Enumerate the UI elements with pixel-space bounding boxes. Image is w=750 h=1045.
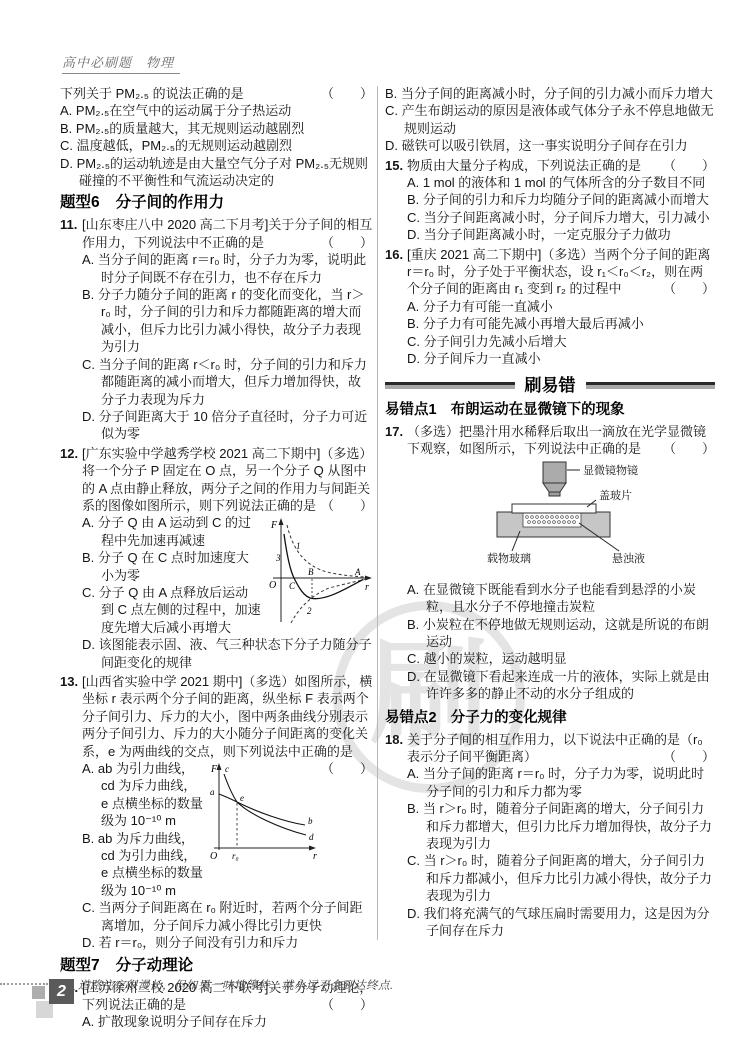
section-label: 题型7: [60, 957, 100, 974]
question-12: 12. [广东实验中学越秀学校 2021 高二下期中]（多选）将一个分子 P 固…: [60, 445, 373, 671]
option-b: B. 当 r＞r₀ 时，随着分子间距离的增大，分子间引力和斥力都增大，但引力比斥…: [407, 800, 715, 852]
point-b-label: B: [308, 567, 314, 577]
question-pm25: （ ） 下列关于 PM₂.₅ 的说法正确的是 A. PM₂.₅在空气中的运动属于…: [60, 85, 373, 189]
option-a: A. 当分子间的距离 r＝r₀ 时，分子力为零，说明此时分子间的引力和斥力都为零: [407, 765, 715, 800]
question-18: 18. 关于分子间的相互作用力，以下说法中正确的是（r₀ 表示分子间平衡距离）（…: [385, 731, 715, 940]
banner-error-prone: 刷易错: [385, 377, 715, 395]
y-axis-label: F: [210, 764, 218, 775]
section-header-7: 题型7分子动理论: [60, 956, 373, 976]
answer-paren: （ ）: [663, 157, 715, 174]
answer-paren: （ ）: [663, 280, 715, 297]
y-axis-label: F: [270, 520, 278, 531]
suspension-label: 悬浊液: [612, 551, 645, 565]
question-stem: 关于分子间的相互作用力，以下说法中正确的是（r₀ 表示分子间平衡距离）（ ）: [407, 731, 715, 766]
objective-label: 显微镜物镜: [583, 463, 638, 477]
cover-glass-label: 盖玻片: [599, 488, 632, 502]
microscope-diagram: 显微镜物镜 盖玻片 载物玻璃 悬浊液: [479, 459, 729, 573]
option-d: D. 分子间斥力一直减小: [407, 350, 715, 367]
question-11: 11. [山东枣庄八中 2020 高二下月考]关于分子间的相互作用力，下列说法中…: [60, 216, 373, 442]
option-b: B. 分子力随分子间的距离 r 的变化而变化，当 r＞r₀ 时，分子间的引力和斥…: [82, 286, 373, 356]
point-a-label: A: [354, 567, 361, 577]
question-number: 18.: [385, 731, 403, 748]
option-c: C. 产生布朗运动的原因是液体或气体分子永不停息地做无规则运动: [385, 102, 715, 137]
option-a: A. PM₂.₅在空气中的运动属于分子热运动: [60, 102, 373, 119]
question-number: 12.: [60, 445, 78, 462]
option-c: C. 越小的炭粒，运动越明显: [407, 650, 715, 667]
banner-bar-left: [385, 382, 515, 389]
option-c: C. 分子间引力先减小后增大: [407, 333, 715, 350]
question-number: 13.: [60, 673, 78, 690]
section-title: 分子动理论: [116, 957, 194, 974]
section-title: 分子间的作用力: [116, 194, 225, 211]
question-stem: [广东实验中学越秀学校 2021 高二下期中]（多选）将一个分子 P 固定在 O…: [82, 445, 373, 515]
option-b: B. 分子力有可能先减小再增大最后再减小: [407, 315, 715, 332]
footer: 2 道路注定很漫长，但如果一味地等待，就永远不会到达终点.: [0, 974, 750, 1034]
footer-decor-square: [32, 986, 45, 999]
option-a: A. 分子力有可能一直减小: [407, 298, 715, 315]
answer-paren: （ ）: [663, 440, 715, 457]
question-stem: [重庆 2021 高二下期中]（多选）当两个分子间的距离 r＝r₀ 时，分子处于…: [407, 246, 715, 298]
question-17: 17. （多选）把墨汁用水稀释后取出一滴放在光学显微镜下观察，如图所示，下列说法…: [385, 423, 715, 703]
option-c: C. 当分子间距离减小时，分子间斥力增大，引力减小: [407, 209, 715, 226]
force-distance-graph-q13: F r O r₀ a b c d e: [209, 762, 321, 866]
question-number: 11.: [60, 216, 77, 233]
section-header-6: 题型6分子间的作用力: [60, 193, 373, 213]
option-d: D. 我们将充满气的气球压扁时需要用力，这是因为分子间存在斥力: [407, 905, 715, 940]
question-number: 17.: [385, 423, 403, 440]
mistake-point-2-header: 易错点2分子力的变化规律: [385, 709, 715, 728]
answer-paren: （ ）: [321, 85, 373, 102]
question-13: 13. [山西省实验中学 2021 期中]（多选）如图所示，横坐标 r 表示两个…: [60, 673, 373, 952]
point-c-label: c: [225, 764, 229, 774]
curve1-label: 1: [296, 541, 301, 551]
banner-title: 刷易错: [525, 377, 576, 395]
answer-paren: （ ）: [663, 748, 715, 765]
option-c: C. 温度越低，PM₂.₅的无规则运动越剧烈: [60, 137, 373, 154]
question-stem: （多选）把墨汁用水稀释后取出一滴放在光学显微镜下观察，如图所示，下列说法中正确的…: [407, 423, 715, 458]
section-label: 题型6: [60, 194, 100, 211]
option-d: D. 在显微镜下看起来连成一片的液体，实际上就是由许许多多的静止不动的水分子组成…: [407, 668, 715, 703]
point-c-label: C: [289, 581, 296, 591]
question-16: 16. [重庆 2021 高二下期中]（多选）当两个分子间的距离 r＝r₀ 时，…: [385, 246, 715, 368]
option-b: B. 小炭粒在不停地做无规则运动，这就是所说的布朗运动: [407, 616, 715, 651]
question-number: 16.: [385, 246, 403, 263]
point-a-label: a: [210, 787, 215, 797]
footer-dotted-line: [0, 983, 48, 985]
point-e-label: e: [240, 793, 244, 803]
option-d: D. PM₂.₅的运动轨迹是由大量空气分子对 PM₂.₅无规则碰撞的不平衡性和气…: [60, 155, 373, 190]
slide-glass-label: 载物玻璃: [487, 551, 531, 565]
option-d: D. 当分子间距离减小时，一定克服分子力做功: [407, 226, 715, 243]
answer-paren: （ ）: [321, 497, 373, 514]
option-b: B. 分子间的引力和斥力均随分子间的距离减小而增大: [407, 191, 715, 208]
left-column: （ ） 下列关于 PM₂.₅ 的说法正确的是 A. PM₂.₅在空气中的运动属于…: [60, 85, 373, 1033]
answer-paren: （ ）: [321, 760, 373, 777]
mistake-label: 易错点1: [385, 402, 437, 418]
option-c: C. 当分子间的距离 r＜r₀ 时，分子间的引力和斥力都随距离的减小而增大，但斥…: [82, 356, 373, 408]
booklet-title: 高中必刷题 物理: [62, 54, 180, 74]
curve2-label: 2: [307, 606, 312, 616]
banner-bar-right: [586, 382, 716, 389]
page-number: 2: [49, 979, 74, 1004]
curve3-label: 3: [275, 553, 281, 563]
question-stem: （ ） 物质由大量分子构成，下列说法正确的是: [407, 157, 715, 174]
option-b: B. PM₂.₅的质量越大，其无规则运动越剧烈: [60, 120, 373, 137]
footer-quote: 道路注定很漫长，但如果一味地等待，就永远不会到达终点.: [78, 978, 418, 995]
answer-paren: （ ）: [321, 234, 373, 251]
question-14-carryover-options: B. 当分子间的距离减小时，分子间的引力减小而斥力增大 C. 产生布朗运动的原因…: [385, 85, 715, 155]
option-b: B. 当分子间的距离减小时，分子间的引力减小而斥力增大: [385, 85, 715, 102]
workbook-page: 刷 高中必刷题 物理 （ ） 下列关于 PM₂.₅ 的说法正确的是 A. PM₂…: [0, 0, 750, 1045]
x-axis-label: r: [313, 851, 317, 862]
r0-label: r₀: [232, 851, 239, 861]
point-b-label: b: [308, 816, 313, 826]
mistake-title: 分子力的变化规律: [451, 710, 567, 726]
origin-label: O: [269, 580, 276, 591]
force-distance-graph-q12: F r O 1 2 3 A B C: [267, 516, 373, 628]
x-axis-label: r: [365, 582, 369, 593]
option-c: C. 当两分子间距离在 r₀ 附近时，若两个分子间距离增加，分子间斥力减小得比引…: [82, 899, 373, 934]
option-a: A. 当分子间的距离 r＝r₀ 时，分子力为零，说明此时分子间既不存在引力，也不…: [82, 251, 373, 286]
mistake-title: 布朗运动在显微镜下的现象: [451, 402, 625, 418]
option-d: D. 磁铁可以吸引铁屑，这一事实说明分子间存在引力: [385, 137, 715, 154]
point-d-label: d: [309, 832, 314, 842]
option-a: A. 1 mol 的液体和 1 mol 的气体所含的分子数目不同: [407, 174, 715, 191]
origin-label: O: [210, 851, 217, 862]
question-stem: （ ） 下列关于 PM₂.₅ 的说法正确的是: [60, 85, 373, 102]
option-d: D. 分子间距离大于 10 倍分子直径时，分子力可近似为零: [82, 408, 373, 443]
right-column: B. 当分子间的距离减小时，分子间的引力减小而斥力增大 C. 产生布朗运动的原因…: [385, 85, 715, 941]
mistake-point-1-header: 易错点1布朗运动在显微镜下的现象: [385, 401, 715, 420]
question-stem: [山西省实验中学 2021 期中]（多选）如图所示，横坐标 r 表示两个分子间的…: [82, 673, 373, 760]
question-stem: [山东枣庄八中 2020 高二下月考]关于分子间的相互作用力，下列说法中不正确的…: [82, 216, 373, 251]
mistake-label: 易错点2: [385, 710, 437, 726]
option-c: C. 当 r＞r₀ 时，随着分子间距离的增大，分子间引力和斥力都减小，但斥力比引…: [407, 852, 715, 904]
option-d: D. 该图能表示固、液、气三种状态下分子力随分子间距变化的规律: [82, 636, 373, 671]
option-a: A. 在显微镜下既能看到水分子也能看到悬浮的小炭粒，且水分子不停地撞击炭粒: [407, 581, 715, 616]
question-number: 15.: [385, 157, 403, 174]
column-divider: [377, 86, 378, 940]
option-d: D. 若 r＝r₀，则分子间没有引力和斥力: [82, 934, 373, 951]
question-15: 15. （ ） 物质由大量分子构成，下列说法正确的是 A. 1 mol 的液体和…: [385, 157, 715, 244]
